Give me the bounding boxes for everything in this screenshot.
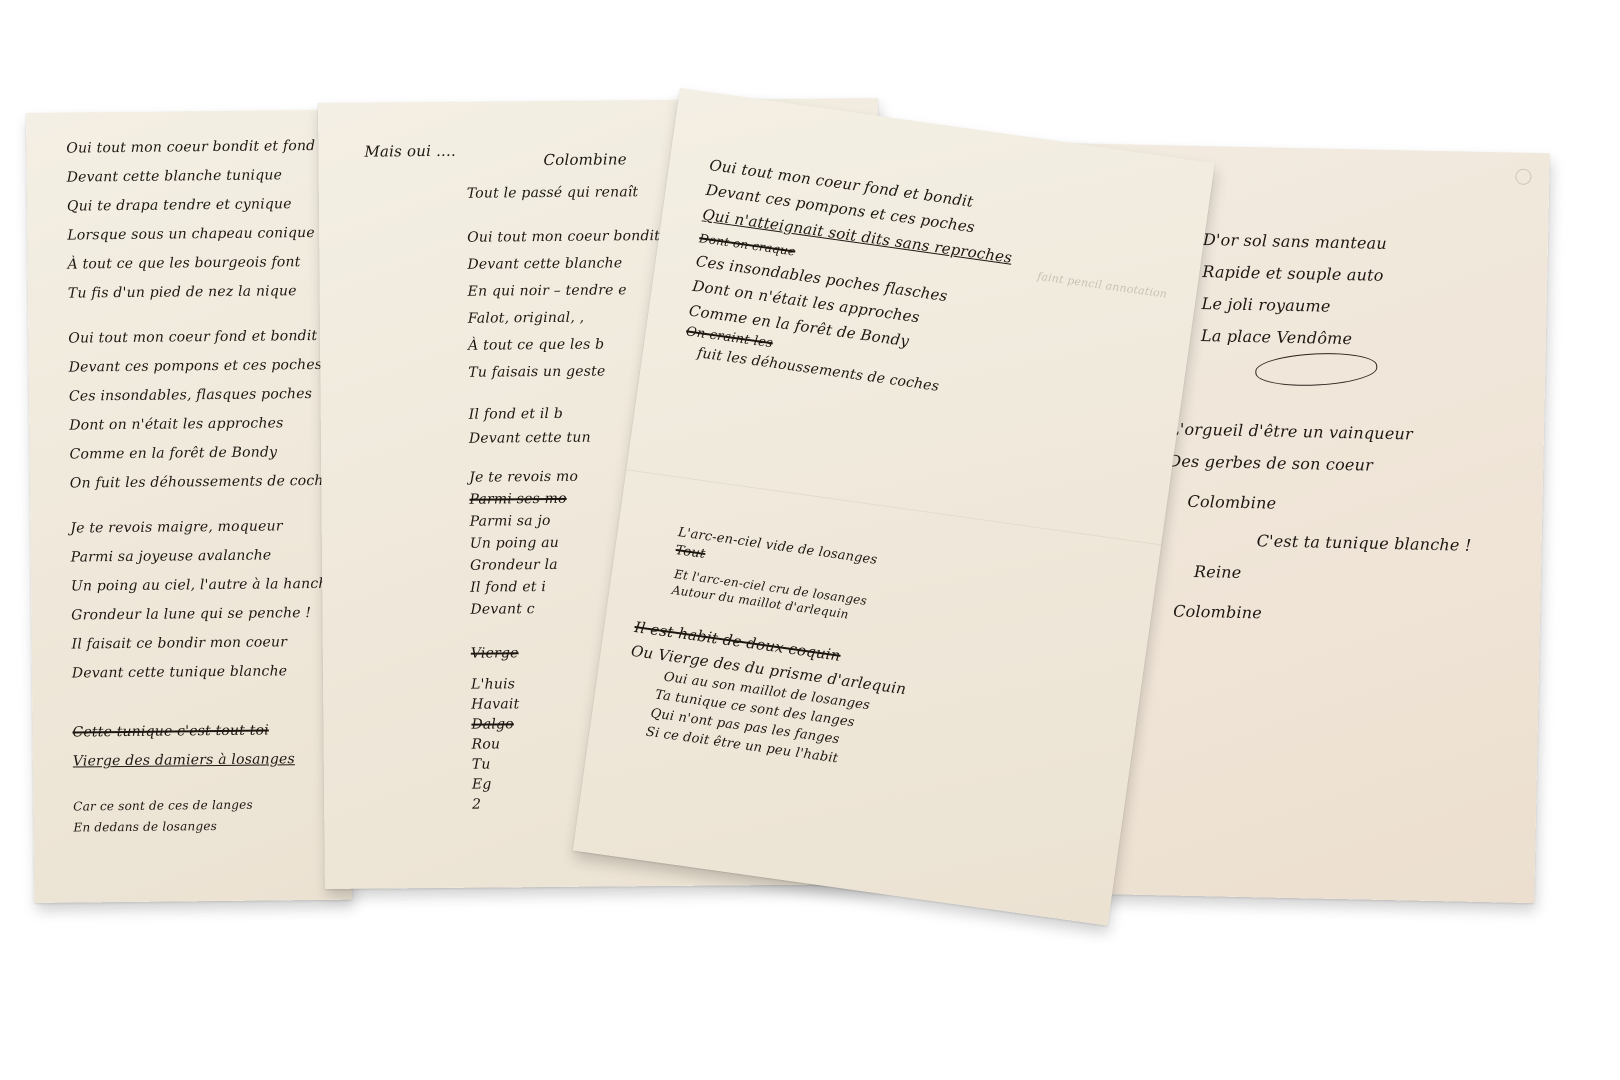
p4-line: Reine — [1194, 556, 1471, 594]
p1-line: Je te revois maigre, moqueur — [70, 512, 340, 544]
p1-line: Devant cette blanche tunique — [67, 161, 337, 193]
page-3-text-top: Oui tout mon coeur fond et bondit Devant… — [682, 153, 1021, 404]
manuscript-page-3: faint pencil annotation Oui tout mon coe… — [573, 88, 1215, 926]
p1-line: Devant cette tunique blanche — [72, 657, 342, 689]
page-3-pencil-note: faint pencil annotation — [1036, 270, 1168, 301]
page-4-corner-mark: circled page number — [1515, 169, 1531, 185]
p1-line: Comme en la forêt de Bondy — [69, 438, 339, 470]
p1-line: Qui te drapa tendre et cynique — [67, 190, 337, 222]
p1-line: On fuit les déhoussements de coches — [70, 467, 340, 499]
p1-line-underlined: Vierge des damiers à losanges — [73, 745, 343, 777]
page-2-title: Colombine — [543, 150, 626, 169]
p1-line: Oui tout mon coeur fond et bondit — [68, 322, 338, 354]
p1-line: Il faisait ce bondir mon coeur — [71, 628, 341, 660]
p1-line-struck: Cette tunique c'est tout toi — [72, 716, 342, 748]
p4-line: Colombine — [1173, 596, 1470, 634]
p1-line: Parmi sa joyeuse avalanche — [71, 541, 341, 573]
p4-line: Des gerbes de son coeur — [1168, 445, 1473, 483]
p1-line: Tu fis d'un pied de nez la nique — [68, 277, 338, 309]
p2-line: À tout ce que les b — [468, 331, 661, 360]
p2-line: Tout le passé qui renaît — [467, 178, 660, 209]
p2-line: Oui tout mon coeur bondit — [467, 223, 660, 252]
p4-line: Colombine — [1187, 486, 1472, 524]
p2-line: En qui noir – tendre e — [468, 277, 661, 306]
p2-line: Falot, original, , — [468, 304, 661, 333]
p2-line: Tu faisais un geste — [468, 358, 661, 387]
p4-line: Rapide et souple auto — [1202, 256, 1387, 292]
p2-line: Devant cette blanche — [467, 250, 660, 279]
manuscript-page-1: Oui tout mon coeur bondit et fond Devant… — [26, 110, 352, 903]
p1-line: Lorsque sous un chapeau conique — [67, 219, 337, 251]
p1-line: En dedans de losanges — [73, 811, 343, 843]
page-4-text: D'or sol sans manteau Rapide et souple a… — [1201, 224, 1388, 356]
page-2-header: Mais oui .... — [364, 142, 456, 161]
page-1-text: Oui tout mon coeur bondit et fond Devant… — [66, 132, 343, 843]
p1-line: Un poing au ciel, l'autre à la hanche — [71, 570, 341, 602]
p1-line: Ces insondables, flasques poches — [69, 380, 339, 412]
p1-line: À tout ce que les bourgeois font — [67, 248, 337, 280]
p4-line: Le joli royaume — [1201, 288, 1386, 324]
p1-line: Dont on n'était les approches — [69, 409, 339, 441]
p1-line: Oui tout mon coeur bondit et fond — [66, 132, 336, 164]
p4-line: La place Vendôme — [1201, 320, 1386, 356]
p1-line: Grondeur la lune qui se penche ! — [71, 599, 341, 631]
p1-line: Devant ces pompons et ces poches — [69, 351, 339, 383]
p4-line: C'est ta tunique blanche ! — [1256, 525, 1471, 561]
page-3-text-bottom: L'arc-en-ciel vide de losanges Tout Et l… — [629, 521, 925, 776]
p4-line: D'or sol sans manteau — [1203, 224, 1388, 260]
page-4-text-lower: L'orgueil d'être un vainqueur Des gerbes… — [1165, 413, 1474, 633]
pen-sketch-doodle — [1255, 351, 1378, 389]
